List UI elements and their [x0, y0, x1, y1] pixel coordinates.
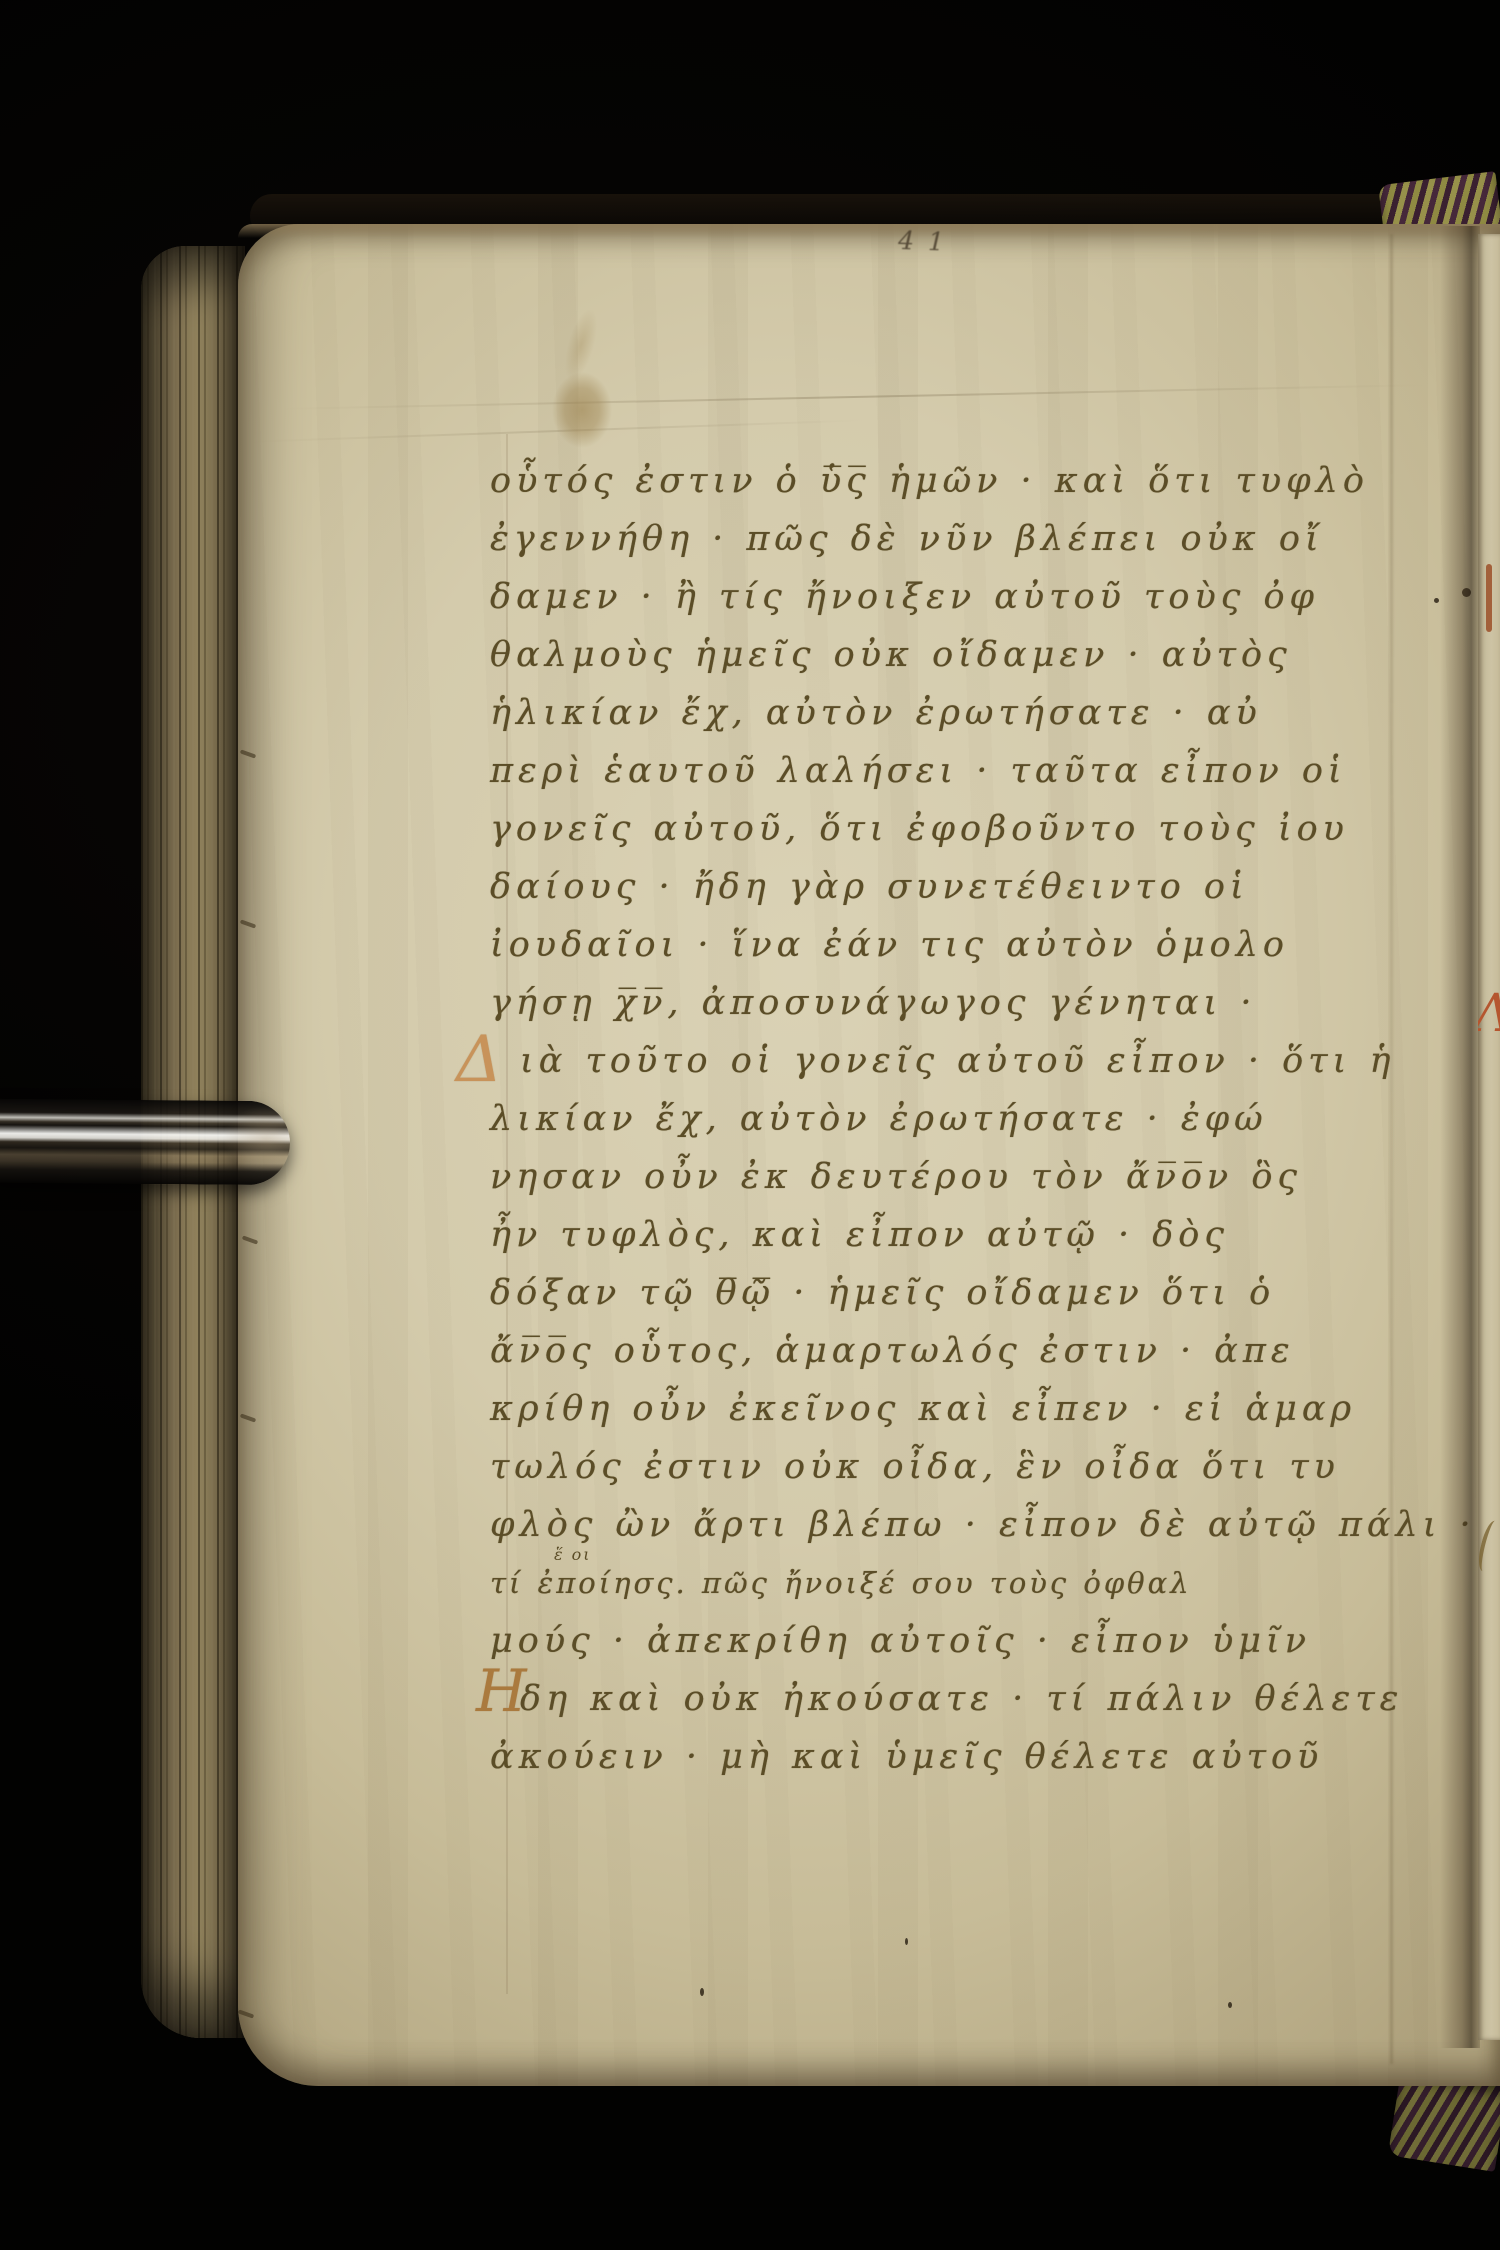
text-line: τί ἐποίησς. πῶς ἤνοιξέ σου τοὺς ὀφθαλ	[490, 1554, 1470, 1612]
text-line: λικίαν ἔχ, αὐτὸν ἐρωτήσατε · ἐφώ	[490, 1090, 1470, 1148]
text-line: γήσῃ χ̅ν̅, ἀποσυνάγωγος γένηται ·	[490, 974, 1470, 1032]
ink-speck	[1228, 2002, 1232, 2008]
ink-blot-stain	[552, 372, 612, 448]
text-line: φλὸς ὢν ἄρτι βλέπω · εἶπον δὲ αὐτῷ πάλι …	[490, 1496, 1470, 1554]
text-line: θαλμοὺς ἡμεῖς οὐκ οἴδαμεν · αὐτὸς	[490, 626, 1470, 684]
text-line: ιὰ τοῦτο οἱ γονεῖς αὐτοῦ εἶπον · ὅτι ἡ	[490, 1032, 1470, 1090]
parchment-crease	[278, 384, 1428, 410]
glass-weight-rod	[0, 1099, 290, 1186]
text-line: ἰουδαῖοι · ἵνα ἐάν τις αὐτὸν ὁμολο	[490, 916, 1470, 974]
text-line: νησαν οὖν ἐκ δευτέρου τὸν ἄν̅ο̅ν ὃς	[490, 1148, 1470, 1206]
text-line: περὶ ἑαυτοῦ λαλήσει · ταῦτα εἶπον οἱ	[490, 742, 1470, 800]
rubricated-initial-eta: Η	[476, 1662, 527, 1720]
text-line: γονεῖς αὐτοῦ, ὅτι ἐφοβοῦντο τοὺς ἰου	[490, 800, 1470, 858]
facing-page-ink-flourish	[1478, 1519, 1500, 1573]
text-block: οὗτός ἐστιν ὁ ὑ̅ς̅ ἡμῶν · καὶ ὅτι τυφλὸ …	[490, 452, 1470, 1786]
ink-speck	[700, 1988, 704, 1996]
folio-number: 41	[897, 226, 1018, 270]
text-line: οὗτός ἐστιν ὁ ὑ̅ς̅ ἡμῶν · καὶ ὅτι τυφλὸ	[490, 452, 1470, 510]
text-line: ἀκούειν · μὴ καὶ ὑμεῖς θέλετε αὐτοῦ	[490, 1728, 1470, 1786]
text-line: δαμεν · ἢ τίς ἤνοιξεν αὐτοῦ τοὺς ὀφ	[490, 568, 1470, 626]
text-line: μούς · ἀπεκρίθη αὐτοῖς · εἶπον ὑμῖν	[490, 1612, 1470, 1670]
rubricated-initial-delta: Δ	[456, 1028, 502, 1092]
facing-page-red-stroke	[1486, 564, 1492, 632]
manuscript-photo: 41 οὗτός ἐστιν ὁ ὑ̅ς̅ ἡμῶν · καὶ ὅτι τυφ…	[0, 0, 1500, 2250]
text-line: δη καὶ οὐκ ἠκούσατε · τί πάλιν θέλετε	[490, 1670, 1470, 1728]
facing-page-sliver: Λ	[1478, 234, 1500, 2040]
text-line: τωλός ἐστιν οὐκ οἶδα, ἓν οἶδα ὅτι τυ	[490, 1438, 1470, 1496]
gutter-shadow	[1440, 226, 1480, 2048]
text-line: ἐγεννήθη · πῶς δὲ νῦν βλέπει οὐκ οἴ	[490, 510, 1470, 568]
text-line: ἄν̅ο̅ς οὗτος, ἁμαρτωλός ἐστιν · ἀπε	[490, 1322, 1470, 1380]
interlinear-correction: ἕ οι	[554, 1545, 592, 1564]
parchment-page: 41 οὗτός ἐστιν ὁ ὑ̅ς̅ ἡμῶν · καὶ ὅτι τυφ…	[238, 224, 1500, 2086]
ink-speck	[905, 1938, 908, 1945]
text-line: δαίους · ἤδη γὰρ συνετέθειντο οἱ	[490, 858, 1470, 916]
text-line: κρίθη οὖν ἐκεῖνος καὶ εἶπεν · εἰ ἁμαρ	[490, 1380, 1470, 1438]
facing-page-initial-fragment: Λ	[1478, 986, 1500, 1042]
text-line: ἡλικίαν ἔχ, αὐτὸν ἐρωτήσατε · αὐ	[490, 684, 1470, 742]
text-line: δόξαν τῷ θ̅ῷ̅ · ἡμεῖς οἴδαμεν ὅτι ὁ	[490, 1264, 1470, 1322]
text-line: ἦν τυφλὸς, καὶ εἶπον αὐτῷ · δὸς	[490, 1206, 1470, 1264]
